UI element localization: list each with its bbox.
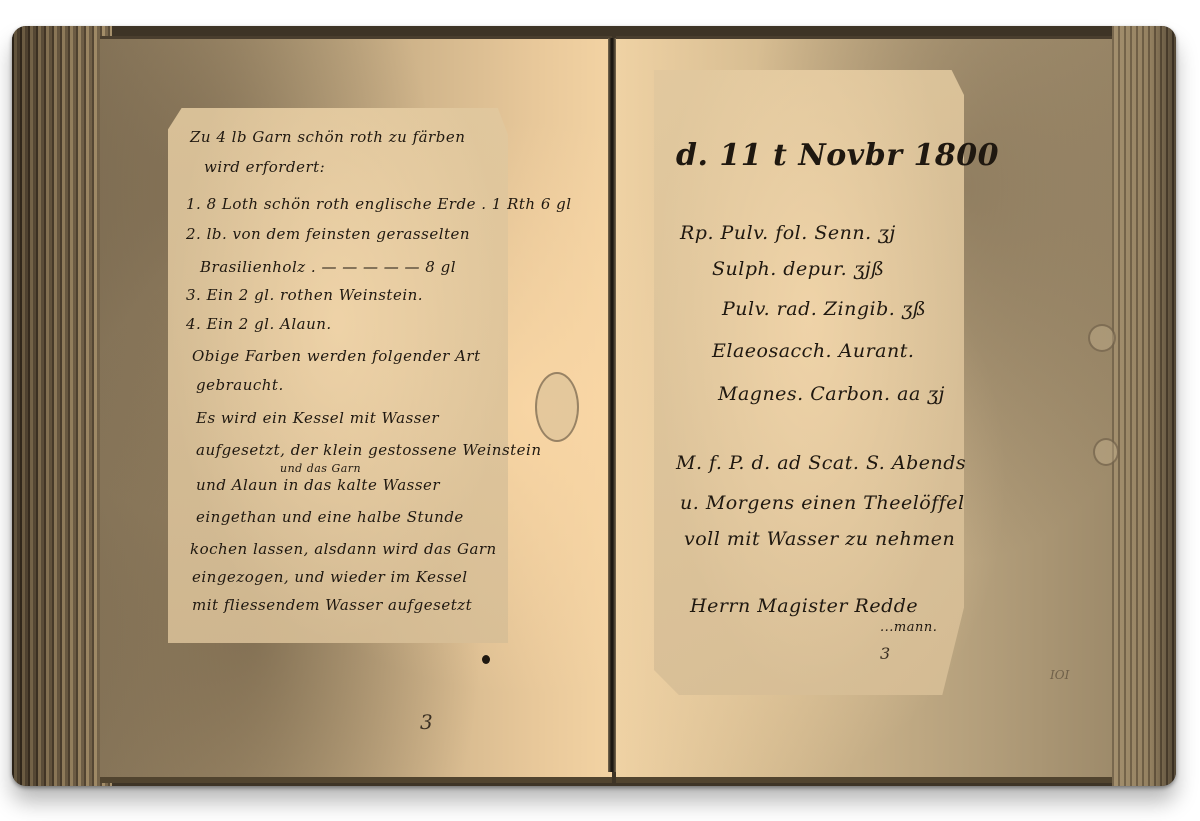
water-stain-left	[535, 372, 579, 442]
slip-line: Sulph. depur. ʒjß	[712, 258, 885, 280]
slip-line: 2. lb. von dem feinsten gerasselten	[186, 225, 470, 243]
faint-page-mark: IOI	[1050, 668, 1069, 682]
interlinear-note: und das Garn	[280, 462, 361, 475]
slip-line: M. f. P. d. ad Scat. S. Abends	[676, 452, 966, 474]
slip-line: mit fliessendem Wasser aufgesetzt	[192, 596, 472, 614]
slip-line: Es wird ein Kessel mit Wasser	[196, 409, 439, 427]
slip-line: Herrn Magister Redde	[690, 595, 918, 617]
ink-blot	[482, 655, 490, 664]
right-page-edges	[1112, 26, 1176, 786]
slip-line: Obige Farben werden folgender Art	[192, 347, 481, 365]
slip-line: aufgesetzt, der klein gestossene Weinste…	[196, 441, 542, 459]
water-stain-right-2	[1093, 438, 1119, 466]
right-corner-mark: 3	[880, 644, 890, 663]
book-gutter	[608, 38, 616, 772]
slip-line: u. Morgens einen Theelöffel	[680, 492, 965, 514]
slip-line: und Alaun in das kalte Wasser	[196, 476, 440, 494]
slip-line: Brasilienholz . — — — — — 8 gl	[200, 258, 456, 276]
slip-line: kochen lassen, alsdann wird das Garn	[190, 540, 497, 558]
slip-line: 4. Ein 2 gl. Alaun.	[186, 315, 332, 333]
slip-line: Rp. Pulv. fol. Senn. ʒj	[680, 222, 896, 244]
slip-line: wird erfordert:	[204, 158, 325, 176]
slip-line: voll mit Wasser zu nehmen	[684, 528, 955, 550]
slip-line: gebraucht.	[196, 376, 284, 394]
slip-date: d. 11 t Novbr 1800	[676, 138, 999, 173]
slip-line: eingezogen, und wieder im Kessel	[192, 568, 468, 586]
slip-line: Pulv. rad. Zingib. ʒß	[722, 298, 926, 320]
slip-line: Elaeosacch. Aurant.	[712, 340, 914, 362]
water-stain-right-1	[1088, 324, 1116, 352]
slip-line: ...mann.	[880, 620, 937, 635]
left-page-number: 3	[420, 710, 433, 734]
slip-line: Magnes. Carbon. aa ʒj	[718, 383, 945, 405]
slip-line: Zu 4 lb Garn schön roth zu färben	[190, 128, 465, 146]
slip-line: 3. Ein 2 gl. rothen Weinstein.	[186, 286, 423, 304]
left-page-edges	[12, 26, 112, 786]
slip-line: eingethan und eine halbe Stunde	[196, 508, 464, 526]
slip-line: 1. 8 Loth schön roth englische Erde . 1 …	[186, 195, 572, 213]
